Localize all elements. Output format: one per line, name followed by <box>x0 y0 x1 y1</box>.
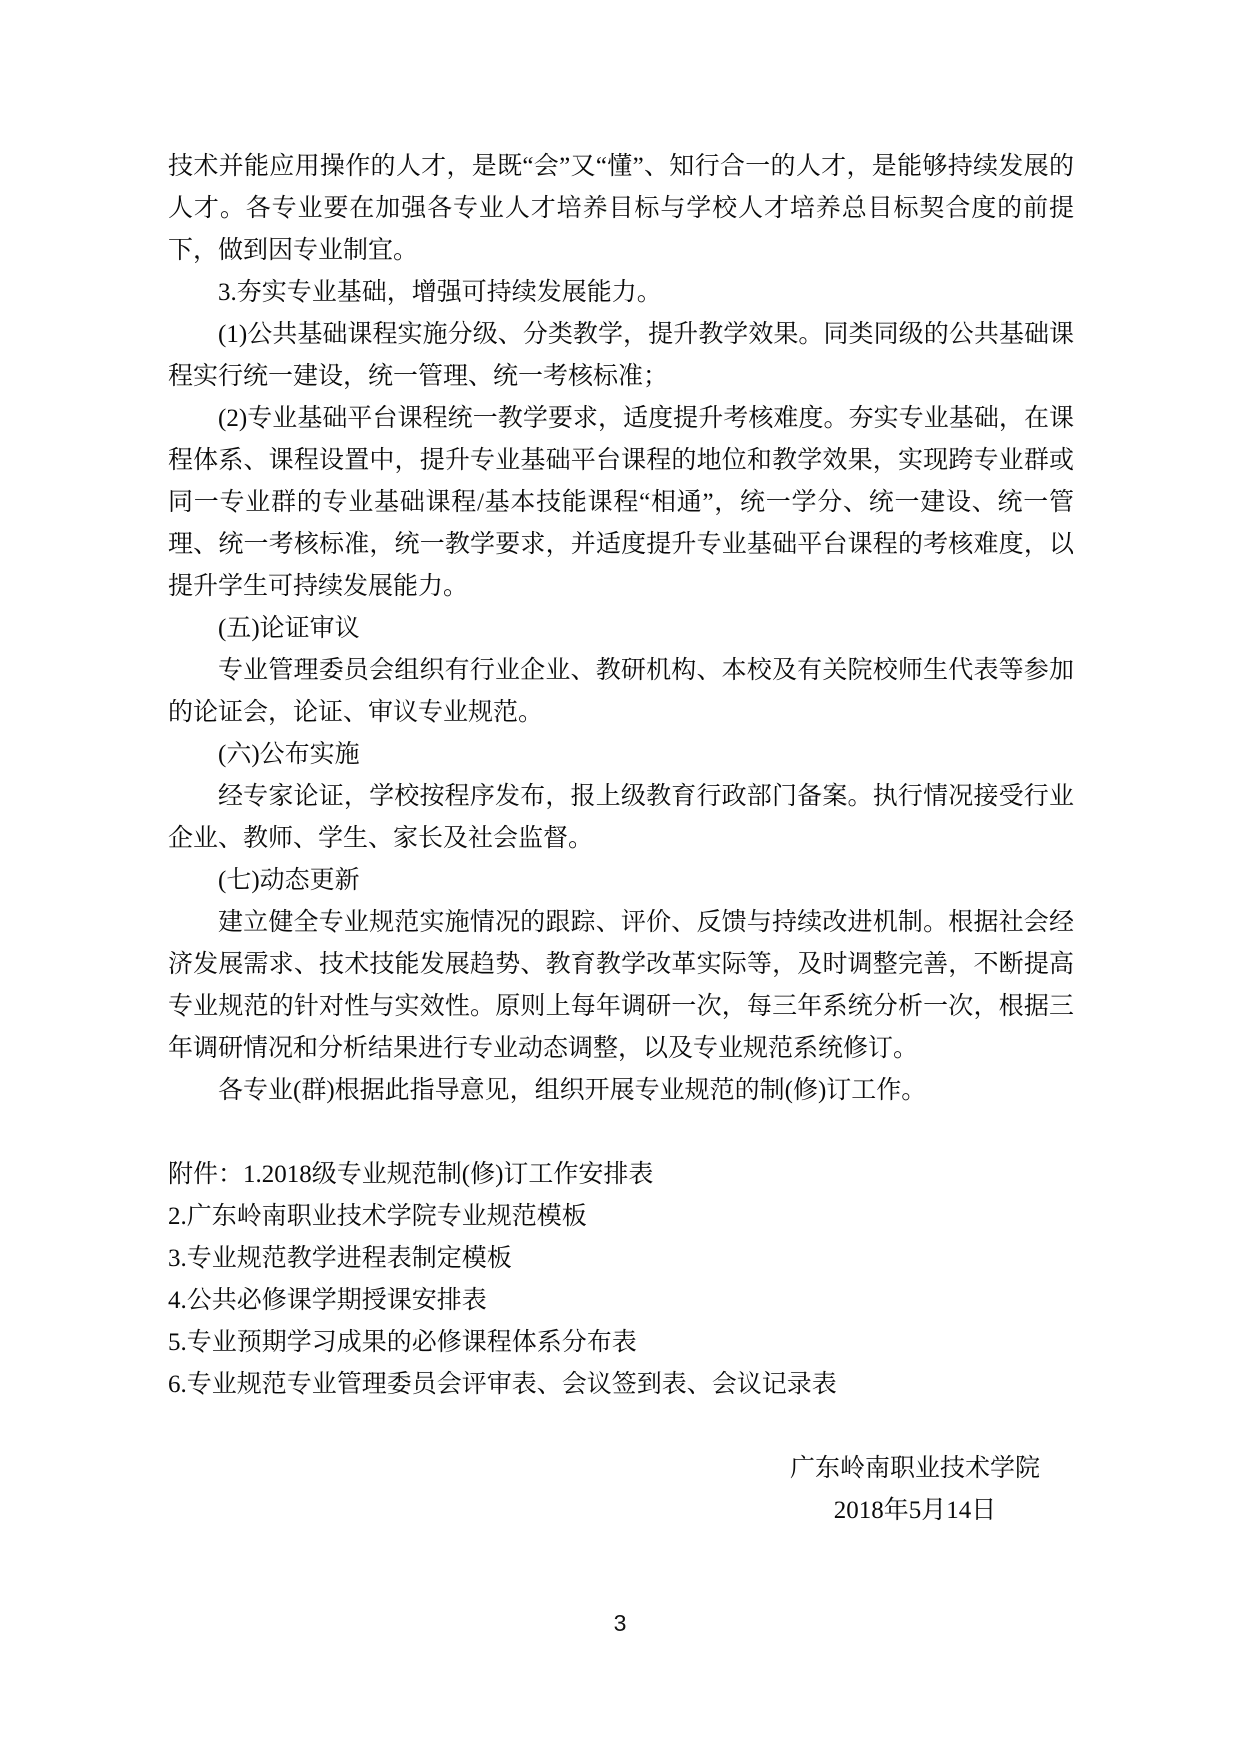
attachment-item: 2.广东岭南职业技术学院专业规范模板 <box>168 1196 1074 1238</box>
body-paragraph: 建立健全专业规范实施情况的跟踪、评价、反馈与持续改进机制。根据社会经济发展需求、… <box>168 902 1074 1070</box>
body-section-heading: (六)公布实施 <box>168 734 1074 776</box>
body-paragraph: (1)公共基础课程实施分级、分类教学，提升教学效果。同类同级的公共基础课程实行统… <box>168 314 1074 398</box>
signature-date: 2018年5月14日 <box>790 1490 1040 1532</box>
body-paragraph: 经专家论证，学校按程序发布，报上级教育行政部门备案。执行情况接受行业企业、教师、… <box>168 776 1074 860</box>
page-number: 3 <box>0 1608 1240 1638</box>
signature-organization: 广东岭南职业技术学院 <box>790 1448 1040 1490</box>
attachments-section: 附件：1.2018级专业规范制(修)订工作安排表 2.广东岭南职业技术学院专业规… <box>168 1154 1074 1406</box>
attachments-label: 附件： <box>168 1161 243 1188</box>
body-section-heading: (五)论证审议 <box>168 608 1074 650</box>
body-section-heading: (七)动态更新 <box>168 860 1074 902</box>
body-paragraph: 技术并能应用操作的人才，是既“会”又“懂”、知行合一的人才，是能够持续发展的人才… <box>168 146 1074 272</box>
body-paragraph: (2)专业基础平台课程统一教学要求，适度提升考核难度。夯实专业基础，在课程体系、… <box>168 398 1074 608</box>
signature-inner: 广东岭南职业技术学院 2018年5月14日 <box>790 1448 1040 1532</box>
document-page: 技术并能应用操作的人才，是既“会”又“懂”、知行合一的人才，是能够持续发展的人才… <box>0 0 1240 1753</box>
body-paragraph: 各专业(群)根据此指导意见，组织开展专业规范的制(修)订工作。 <box>168 1070 1074 1112</box>
body-paragraph: 3.夯实专业基础，增强可持续发展能力。 <box>168 272 1074 314</box>
attachment-item: 6.专业规范专业管理委员会评审表、会议签到表、会议记录表 <box>168 1364 1074 1406</box>
body-paragraph: 专业管理委员会组织有行业企业、教研机构、本校及有关院校师生代表等参加的论证会，论… <box>168 650 1074 734</box>
attachment-item: 3.专业规范教学进程表制定模板 <box>168 1238 1074 1280</box>
signature-block: 广东岭南职业技术学院 2018年5月14日 <box>168 1448 1074 1532</box>
attachment-item: 1.2018级专业规范制(修)订工作安排表 <box>243 1161 653 1188</box>
attachment-line: 附件：1.2018级专业规范制(修)订工作安排表 <box>168 1154 1074 1196</box>
document-body: 技术并能应用操作的人才，是既“会”又“懂”、知行合一的人才，是能够持续发展的人才… <box>168 146 1074 1532</box>
attachment-item: 5.专业预期学习成果的必修课程体系分布表 <box>168 1322 1074 1364</box>
attachment-item: 4.公共必修课学期授课安排表 <box>168 1280 1074 1322</box>
